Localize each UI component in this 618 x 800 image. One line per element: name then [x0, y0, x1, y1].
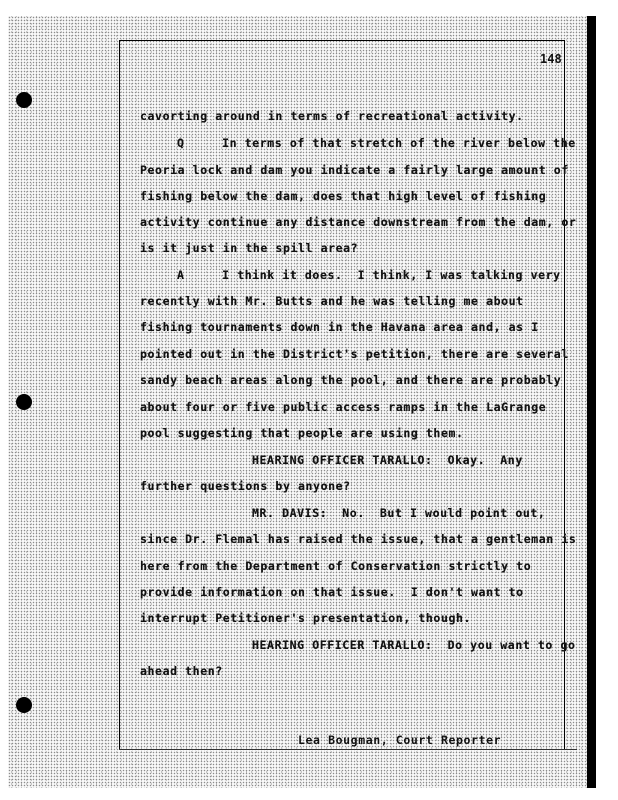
transcript-line: Peoria lock and dam you indicate a fairl… — [140, 163, 569, 177]
transcript-line: since Dr. Flemal has raised the issue, t… — [140, 532, 576, 546]
transcript-line: here from the Department of Conservation… — [140, 559, 531, 573]
court-reporter-footer: Lea Bougman, Court Reporter — [298, 733, 501, 747]
transcript-line: about four or five public access ramps i… — [140, 400, 546, 414]
transcript-line: pointed out in the District's petition, … — [140, 347, 569, 361]
speaker-line: HEARING OFFICER TARALLO: Okay. Any — [252, 453, 523, 467]
transcript-line: provide information on that issue. I don… — [140, 585, 524, 599]
transcript-line: Q In terms of that stretch of the river … — [177, 136, 576, 150]
transcript-line: sandy beach areas along the pool, and th… — [140, 373, 561, 387]
transcript-body: 148 cavorting around in terms of recreat… — [0, 0, 618, 800]
page-number: 148 — [540, 52, 562, 66]
transcript-line: ahead then? — [140, 664, 223, 678]
speaker-line: MR. DAVIS: No. But I would point out, — [252, 506, 545, 520]
transcript-line: activity continue any distance downstrea… — [140, 215, 576, 229]
transcript-line: is it just in the spill area? — [140, 241, 358, 255]
transcript-line: interrupt Petitioner's presentation, tho… — [140, 611, 471, 625]
transcript-line: further questions by anyone? — [140, 479, 351, 493]
speaker-line: HEARING OFFICER TARALLO: Do you want to … — [252, 638, 576, 652]
transcript-line: fishing tournaments down in the Havana a… — [140, 320, 539, 334]
transcript-line: fishing below the dam, does that high le… — [140, 189, 546, 203]
transcript-line: recently with Mr. Butts and he was telli… — [140, 294, 524, 308]
transcript-line: cavorting around in terms of recreationa… — [140, 109, 524, 123]
transcript-line: A I think it does. I think, I was talkin… — [177, 268, 561, 282]
transcript-line: pool suggesting that people are using th… — [140, 426, 464, 440]
